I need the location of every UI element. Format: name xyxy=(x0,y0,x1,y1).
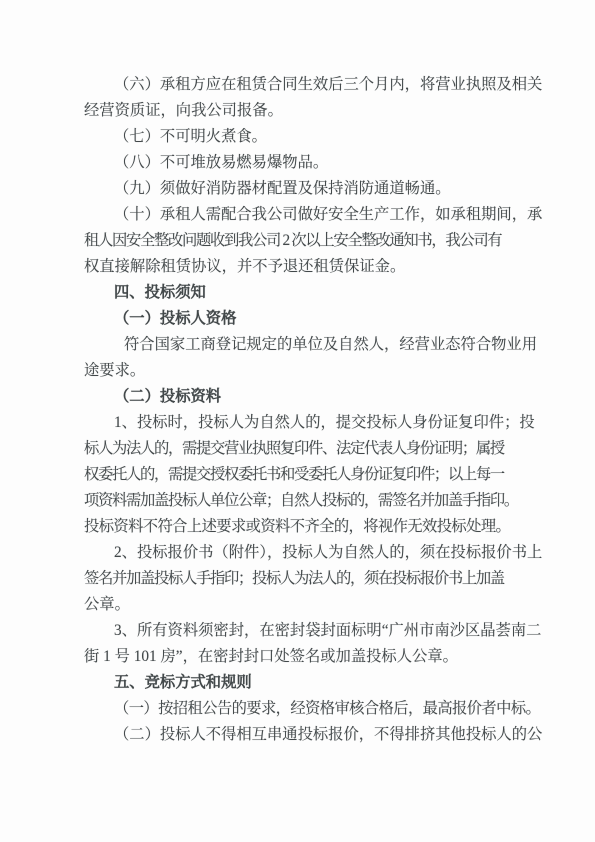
bid-materials-item-1-line: 权委托人的，需提交授权委托书和受委托人身份证复印件；以上每一 xyxy=(84,462,520,488)
heading-section-4-bid-notice: 四、投标须知 xyxy=(84,280,520,306)
heading-bid-materials: （二）投标资料 xyxy=(84,384,520,410)
heading-bidder-qualification: （一）投标人资格 xyxy=(84,306,520,332)
qualification-text-line: 符合国家工商登记规定的单位及自然人，经营业态符合物业用 xyxy=(84,332,520,358)
bid-materials-item-2-line: 公章。 xyxy=(84,592,520,618)
bid-materials-item-3-line: 街 1 号 101 房”，在密封封口处签名或加盖投标人公章。 xyxy=(84,644,520,670)
clause-9-line: （九）须做好消防器材配置及保持消防通道畅通。 xyxy=(84,176,520,202)
bid-materials-item-1-line: 标人为法人的，需提交营业执照复印件、法定代表人身份证明；属授 xyxy=(84,436,520,462)
clause-6-line: 经营资质证，向我公司报备。 xyxy=(84,98,520,124)
bid-materials-item-2-line: 2、投标报价书（附件），投标人为自然人的，须在投标报价书上 xyxy=(84,540,520,566)
clause-10-line: 租人因安全整改问题收到我公司 2 次以上安全整改通知书，我公司有 xyxy=(84,228,520,254)
clause-10-line: 权直接解除租赁协议，并不予退还租赁保证金。 xyxy=(84,254,520,280)
clause-7-line: （七）不可明火煮食。 xyxy=(84,124,520,150)
clause-10-line: （十）承租人需配合我公司做好安全生产工作，如承租期间，承 xyxy=(84,202,520,228)
heading-section-5-bidding-rules: 五、竞标方式和规则 xyxy=(84,670,520,696)
bid-materials-item-1-line: 1、投标时，投标人为自然人的，提交投标人身份证复印件；投 xyxy=(84,410,520,436)
document-page: （六）承租方应在租赁合同生效后三个月内，将营业执照及相关 经营资质证，向我公司报… xyxy=(0,0,595,842)
clause-6-line: （六）承租方应在租赁合同生效后三个月内，将营业执照及相关 xyxy=(84,72,520,98)
qualification-text-line: 途要求。 xyxy=(84,358,520,384)
bidding-rule-2-line: （二）投标人不得相互串通投标报价，不得排挤其他投标人的公 xyxy=(84,722,520,748)
document-text-block: （六）承租方应在租赁合同生效后三个月内，将营业执照及相关 经营资质证，向我公司报… xyxy=(84,72,520,748)
bid-materials-item-3-line: 3、所有资料须密封，在密封袋封面标明“广州市南沙区晶荟南二 xyxy=(84,618,520,644)
bid-materials-item-1-line: 投标资料不符合上述要求或资料不齐全的，将视作无效投标处理。 xyxy=(84,514,520,540)
bid-materials-item-1-line: 项资料需加盖投标人单位公章；自然人投标的，需签名并加盖手指印。 xyxy=(84,488,520,514)
clause-8-line: （八）不可堆放易燃易爆物品。 xyxy=(84,150,520,176)
bid-materials-item-2-line: 签名并加盖投标人手指印；投标人为法人的，须在投标报价书上加盖 xyxy=(84,566,520,592)
bidding-rule-1-line: （一）按招租公告的要求，经资格审核合格后，最高报价者中标。 xyxy=(84,696,520,722)
